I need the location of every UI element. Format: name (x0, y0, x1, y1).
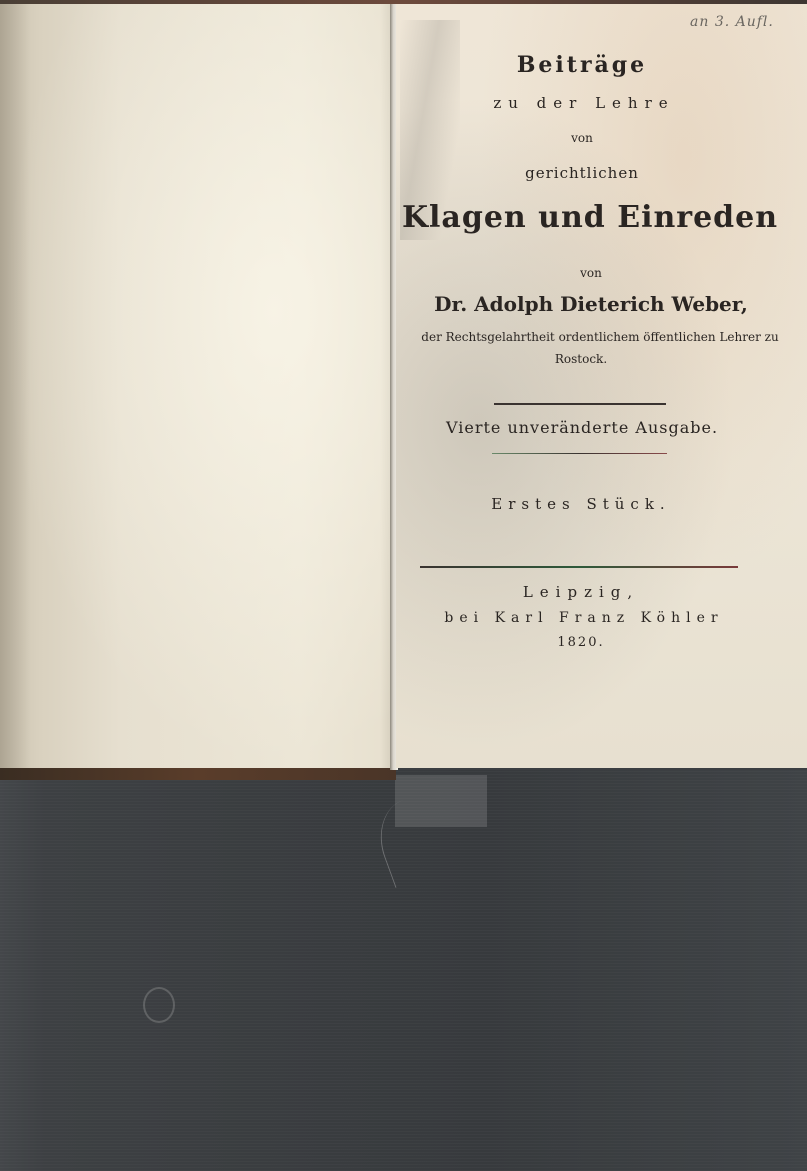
title-line-2: zu der Lehre (396, 94, 772, 112)
imprint-year: 1820. (396, 635, 766, 650)
part-line: Erstes Stück. (396, 495, 766, 513)
rule-imprint (420, 566, 738, 568)
by-line: von (396, 266, 786, 280)
book-bottom-edge (0, 768, 396, 780)
author-role: der Rechtsgelahrtheit ordentlichem öffen… (420, 330, 780, 344)
rule-top (494, 403, 666, 405)
left-page-shadow (0, 4, 30, 770)
author-name: Dr. Adolph Dieterich Weber, (396, 292, 786, 316)
main-title: Klagen und Einreden (396, 200, 784, 235)
imprint-city: Leipzig, (396, 583, 766, 601)
rule-middle (492, 453, 667, 454)
title-line-1: Beiträge (396, 52, 768, 78)
title-line-4: gerichtlichen (396, 164, 768, 182)
handwritten-note: an 3. Aufl. (690, 14, 774, 30)
imprint-publisher: bei Karl Franz Köhler (425, 610, 743, 626)
edition-line: Vierte unveränderte Ausgabe. (396, 418, 768, 437)
title-line-3: von (396, 131, 768, 145)
left-blank-page (0, 4, 392, 770)
author-place: Rostock. (396, 352, 766, 366)
ring-stain (143, 987, 175, 1023)
